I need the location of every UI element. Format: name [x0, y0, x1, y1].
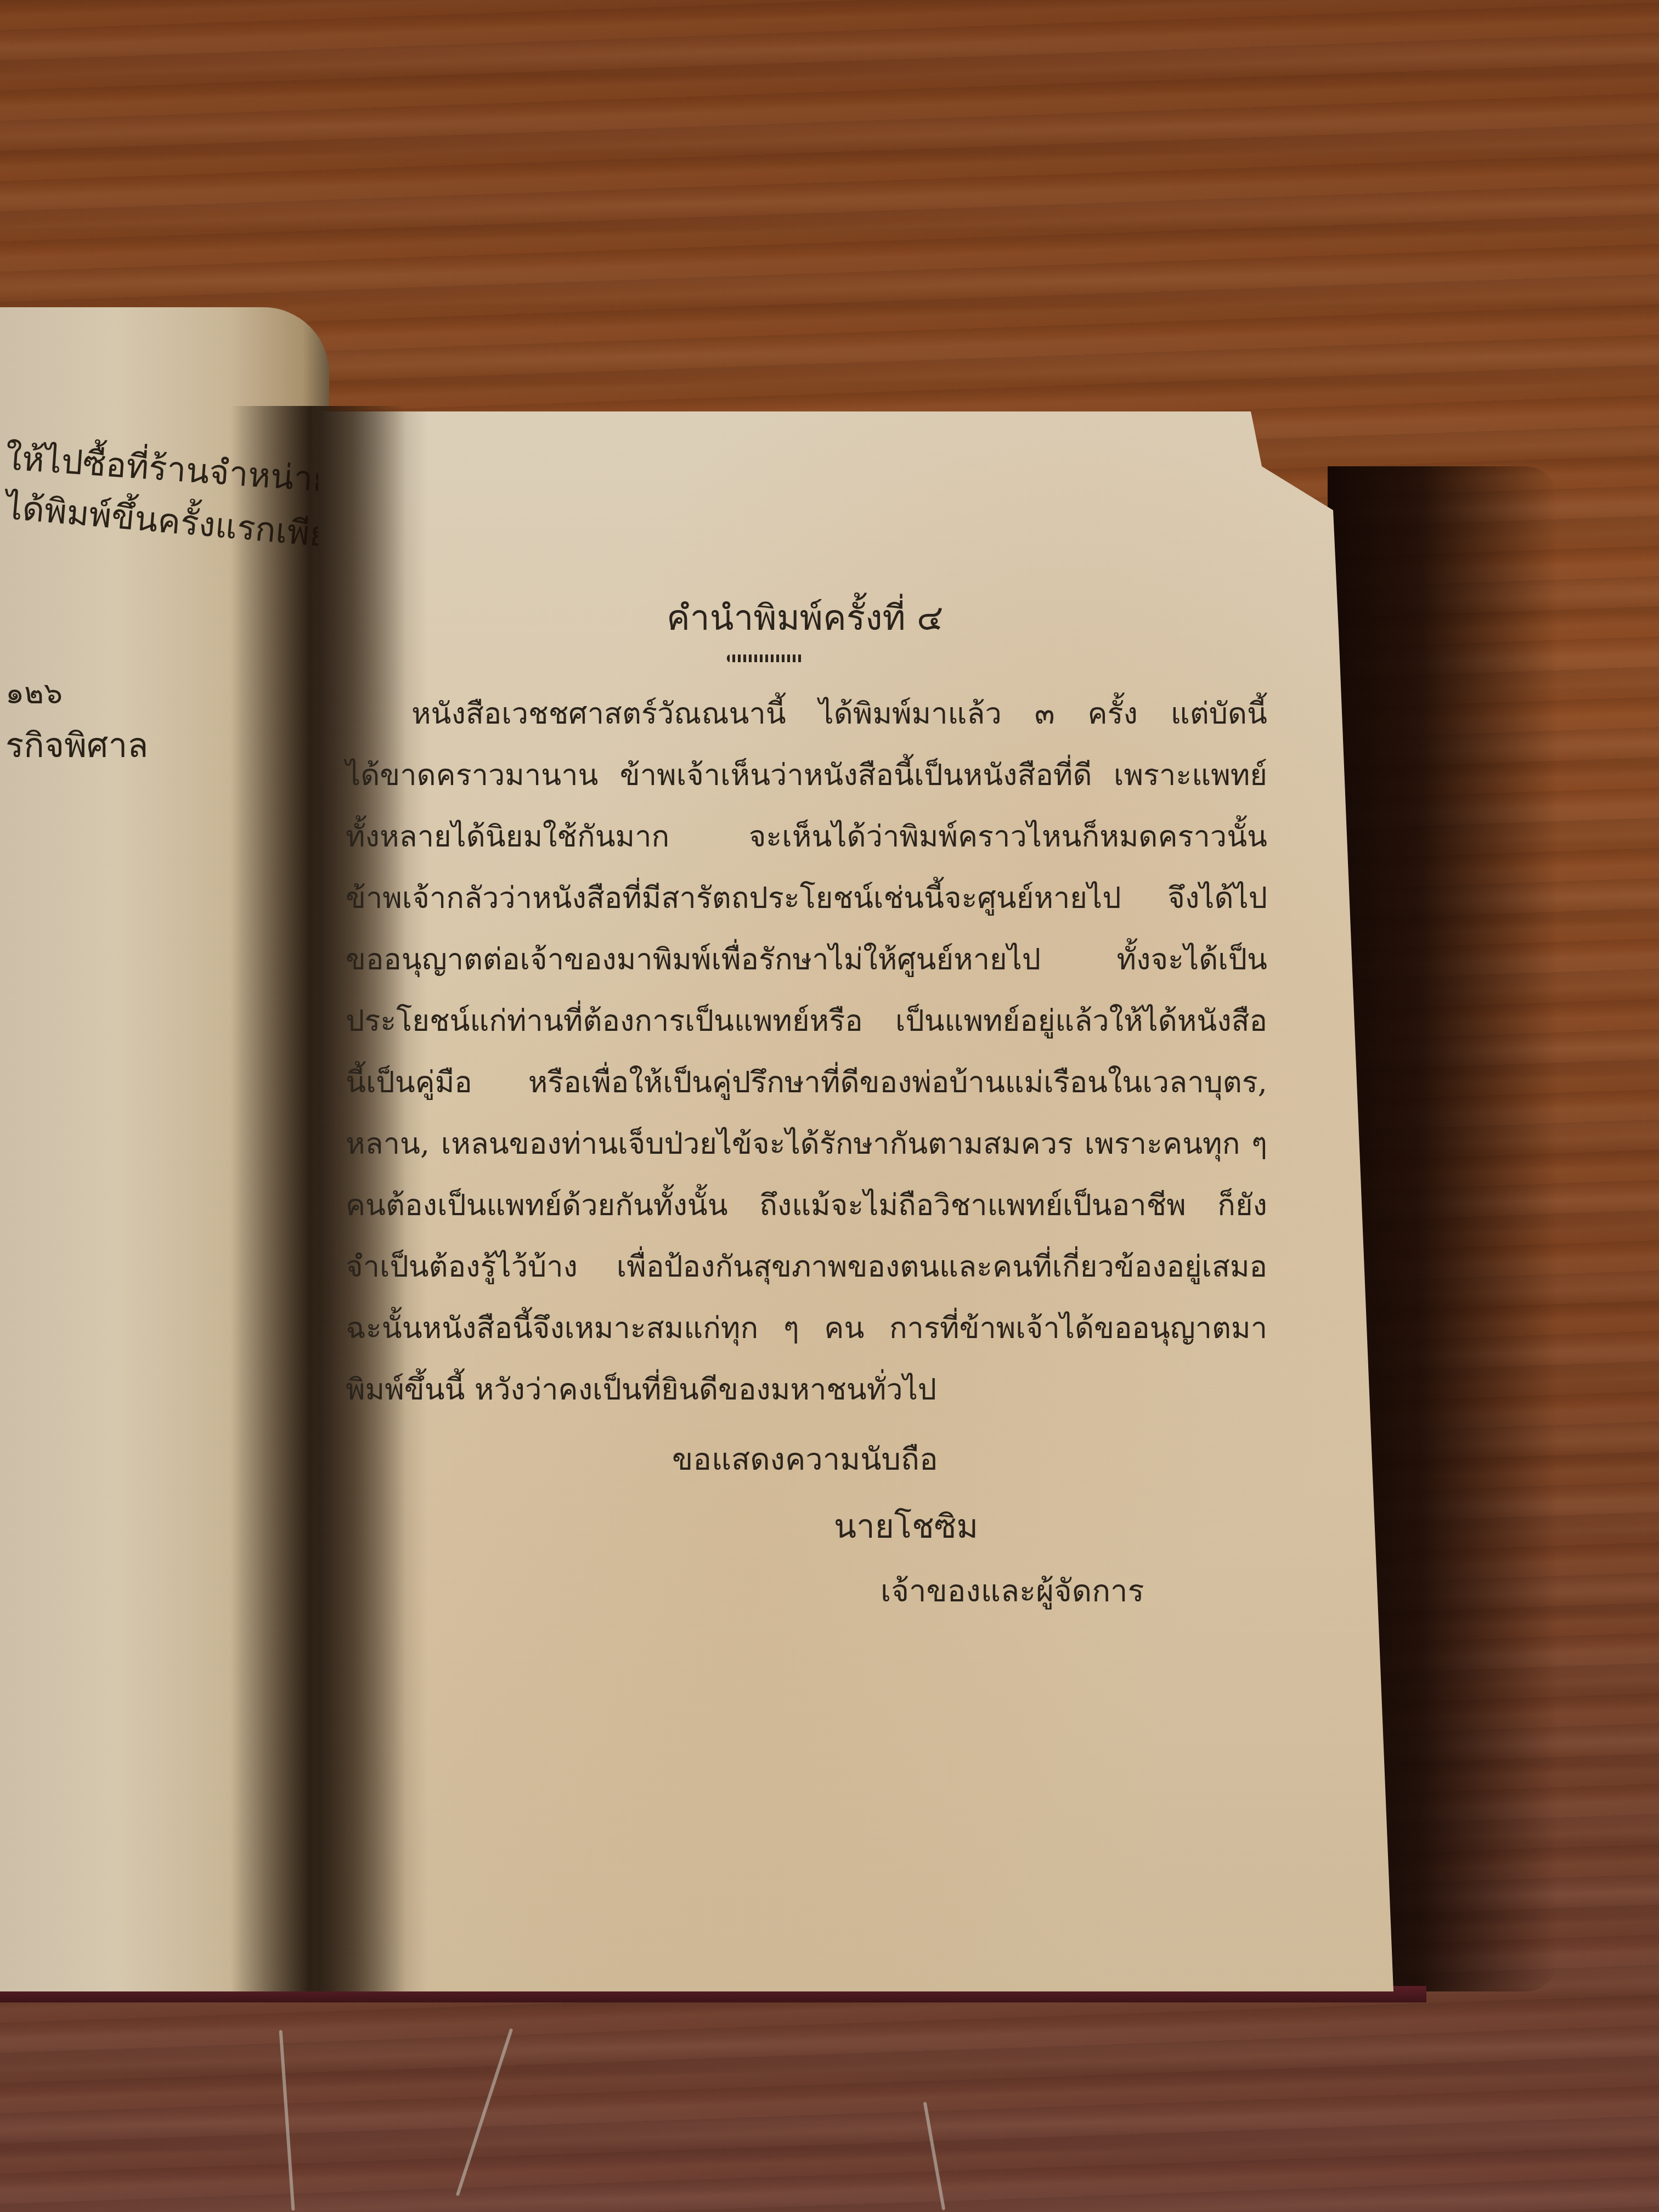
body-line: ข้าพเจ้ากลัวว่าหนังสือที่มีสารัตถประโยชน… [346, 867, 1267, 929]
preface-body: หนังสือเวชชศาสตร์วัณณนานี้ ได้พิมพ์มาแล้… [346, 683, 1267, 1420]
body-line: หนังสือเวชชศาสตร์วัณณนานี้ ได้พิมพ์มาแล้… [346, 683, 1267, 744]
body-line: ทั้งหลายได้นิยมใช้กันมาก จะเห็นได้ว่าพิม… [346, 806, 1267, 867]
signatory-name: นายโชซิม [834, 1500, 978, 1553]
signatory-position: เจ้าของและผู้จัดการ [881, 1566, 1144, 1615]
table-scratch [279, 2030, 295, 2211]
body-line: คนต้องเป็นแพทย์ด้วยกันทั้งนั้น ถึงแม้จะไ… [346, 1175, 1267, 1236]
body-line: จำเป็นต้องรู้ไว้บ้าง เพื่อป้องกันสุขภาพข… [346, 1236, 1267, 1297]
closing-regards: ขอแสดงความนับถือ [672, 1435, 938, 1483]
body-line: ได้ขาดคราวมานาน ข้าพเจ้าเห็นว่าหนังสือนี… [346, 744, 1267, 806]
table-scratch [923, 2102, 946, 2210]
page-title: คำนำพิมพ์ครั้งที่ ๔ [667, 590, 943, 646]
body-line: นี้เป็นคู่มือ หรือเพื่อให้เป็นคู่ปรึกษาท… [346, 1052, 1267, 1113]
body-line: ขออนุญาตต่อเจ้าของมาพิมพ์เพื่อรักษาไม่ให… [346, 929, 1267, 990]
table-scratch [456, 2028, 513, 2196]
body-line: ฉะนั้นหนังสือนี้จึงเหมาะสมแก่ทุก ๆ คน กา… [346, 1297, 1267, 1359]
left-page-running-text: รกิจพิศาล [5, 719, 148, 772]
body-line: พิมพ์ขึ้นนี้ หวังว่าคงเป็นที่ยินดีของมหา… [346, 1359, 1267, 1420]
left-page-number: ๑๒๖ [5, 669, 63, 716]
wavy-underline-ornament [727, 654, 804, 662]
body-line: ประโยชน์แก่ท่านที่ต้องการเป็นแพทย์หรือ เ… [346, 990, 1267, 1052]
body-line: หลาน, เหลนของท่านเจ็บป่วยไข้จะได้รักษากั… [346, 1113, 1267, 1175]
